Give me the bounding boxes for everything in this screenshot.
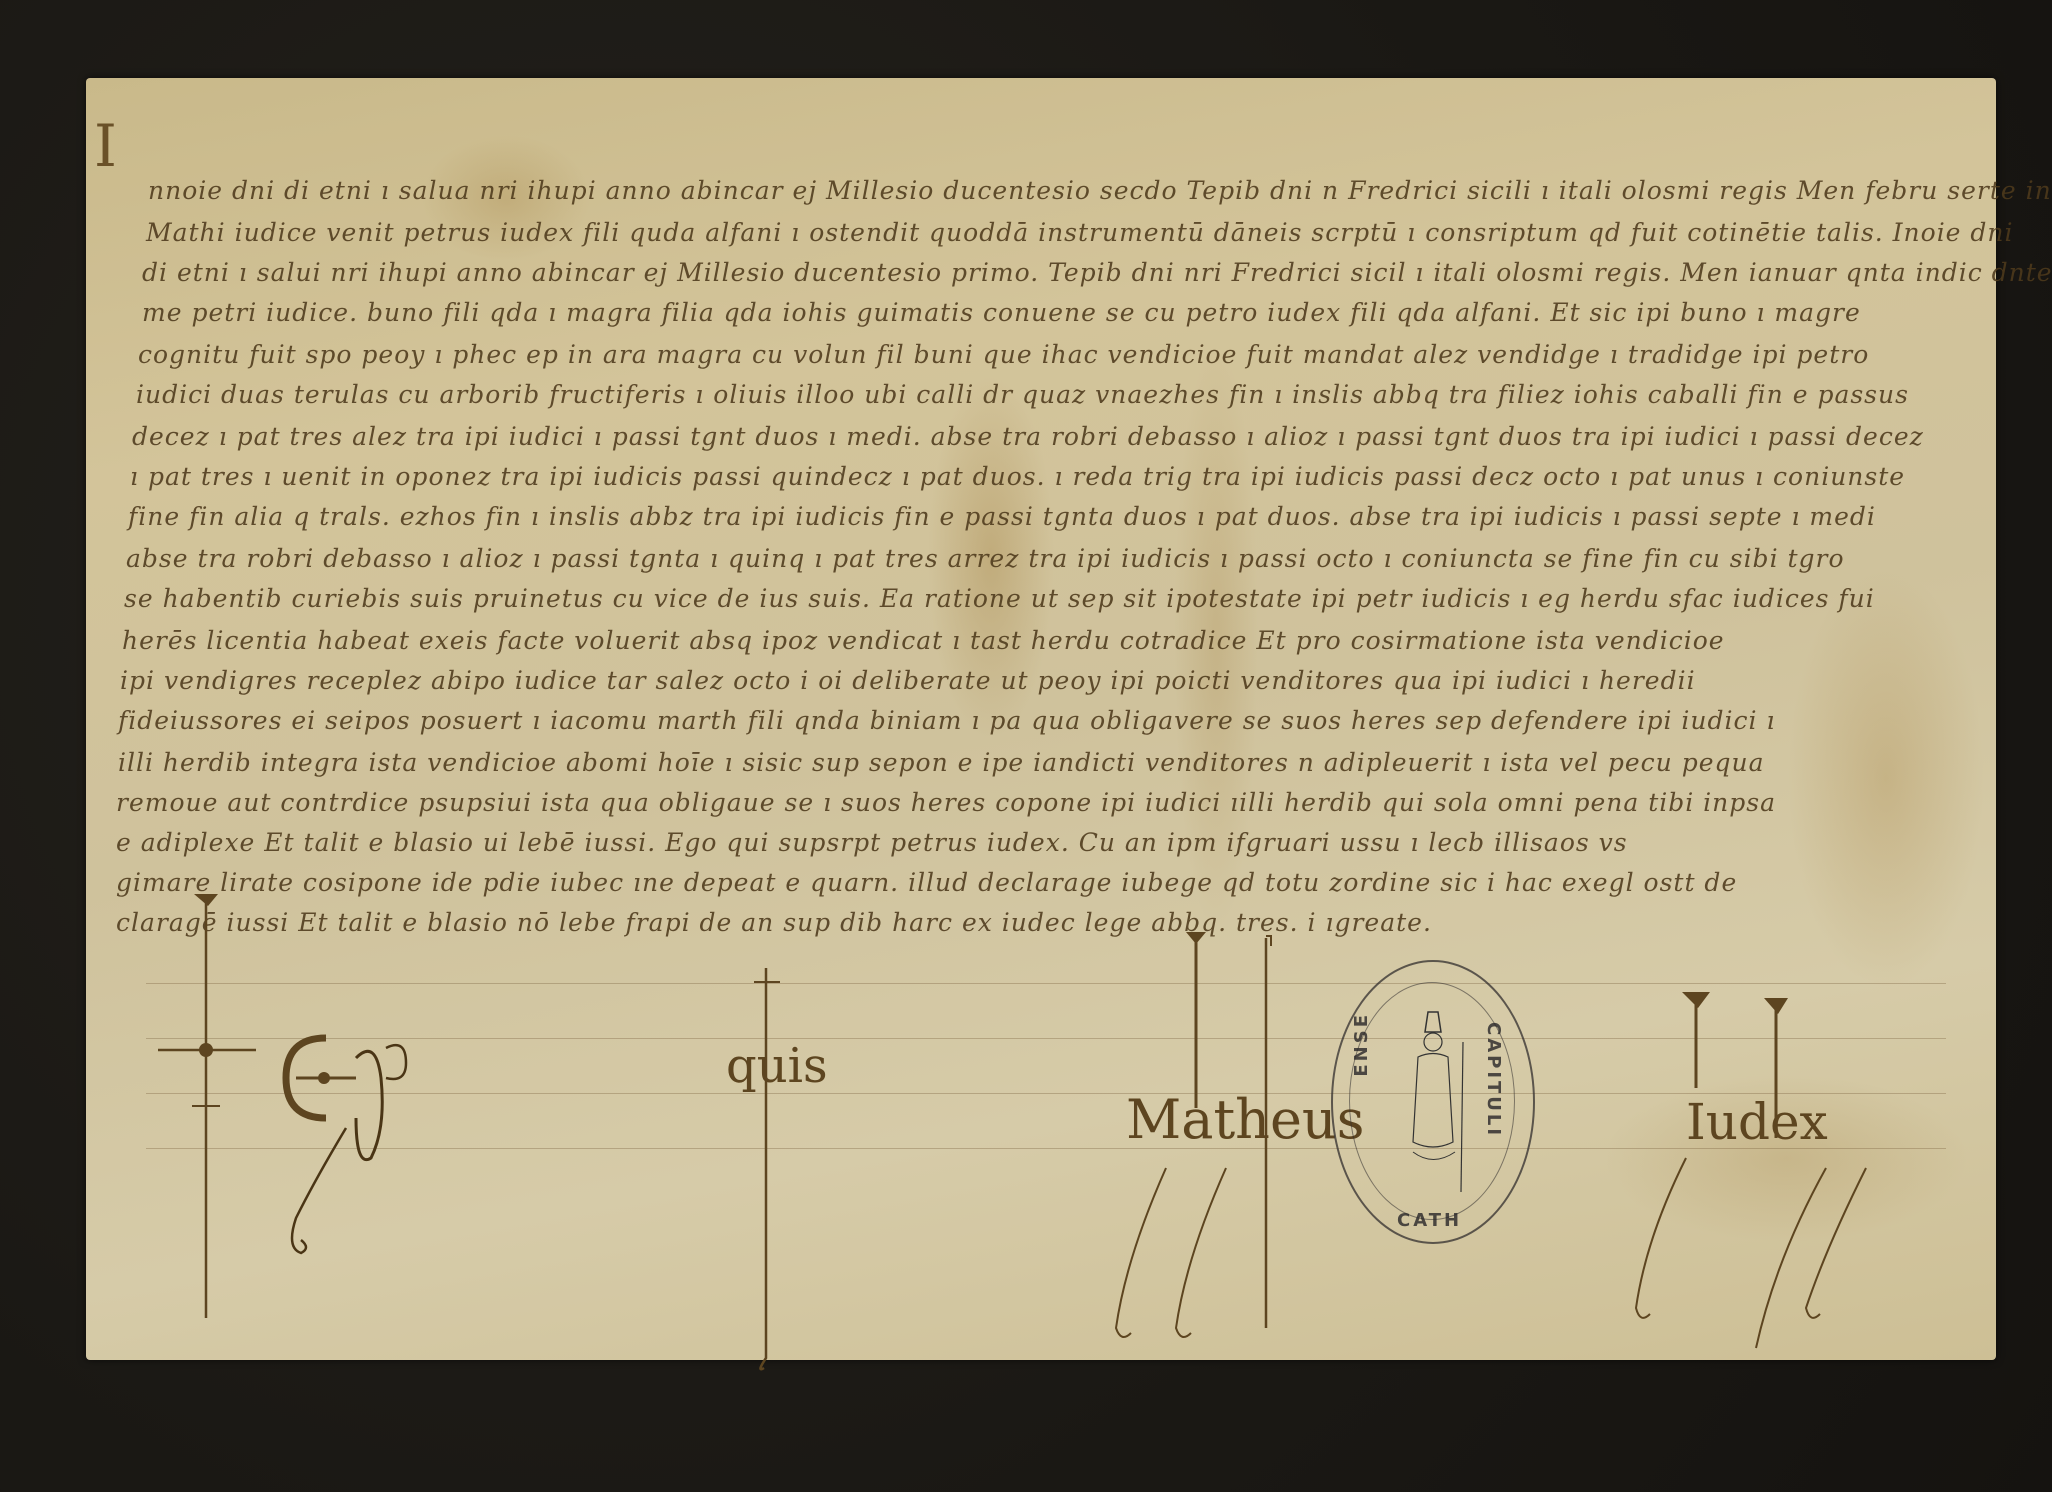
svg-text:Ego: Ego <box>261 1018 263 1019</box>
text-line: fine fin alia q trals. ezhos fin ı insli… <box>128 502 1876 531</box>
signature-iudex-strokes <box>1626 968 1886 1368</box>
text-line: Mathi iudice venit petrus iudex fili qud… <box>146 218 2014 247</box>
text-line: cognitu fuit spo peoy ı phec ep in ara m… <box>138 340 1869 369</box>
parchment-charter: I nnoie dni di etni ı salua nri ihupi an… <box>86 78 1996 1360</box>
text-line: nnoie dni di etni ı salua nri ihupi anno… <box>148 176 2052 205</box>
cross-mark-icon <box>146 888 266 1328</box>
text-line: abse tra robri debasso ı alioz ı passi t… <box>126 544 1845 573</box>
text-line: e adiplexe Et talit e blasio ui lebē ius… <box>116 828 1628 857</box>
seal-legend-right: CAPITULI <box>1483 1022 1504 1138</box>
text-line: illi herdib integra ista vendicioe abomi… <box>118 748 1765 777</box>
seal-legend-left: ENSE <box>1351 1012 1372 1077</box>
text-line: decez ı pat tres alez tra ipi iudici ı p… <box>132 422 1924 451</box>
text-line: remoue aut contrdice psupsiui ista qua o… <box>116 788 1776 817</box>
bishop-figure-icon <box>1383 1002 1483 1202</box>
text-line: herēs licentia habeat exeis facte voluer… <box>122 626 1725 655</box>
text-line: se habentib curiebis suis pruinetus cu v… <box>124 584 1875 613</box>
signature-matheus-strokes <box>1106 928 1326 1348</box>
text-line: iudici duas terulas cu arborib fructifer… <box>136 380 1909 409</box>
text-line: ipi vendigres receplez abipo iudice tar … <box>120 666 1696 695</box>
text-line: fideiussores ei seipos posuert ı iacomu … <box>118 706 1775 735</box>
seal-legend-bottom: CATH <box>1397 1210 1462 1231</box>
text-line: gimare lirate cosipone ide pdie iubec ın… <box>116 868 1737 897</box>
text-line: me petri iudice. buno fili qda ı magra f… <box>142 298 1861 327</box>
signature-quis-stroke <box>736 958 796 1378</box>
text-line: di etni ı salui nri ihupi anno abincar e… <box>142 258 2052 287</box>
illuminated-initial: I <box>94 112 117 180</box>
text-line: ı pat tres ı uenit in oponez tra ipi iud… <box>130 462 1905 491</box>
capitular-seal-stamp: CAPITULI ENSE CATH <box>1331 960 1535 1244</box>
ego-monogram-signature: Ego <box>256 1018 426 1298</box>
